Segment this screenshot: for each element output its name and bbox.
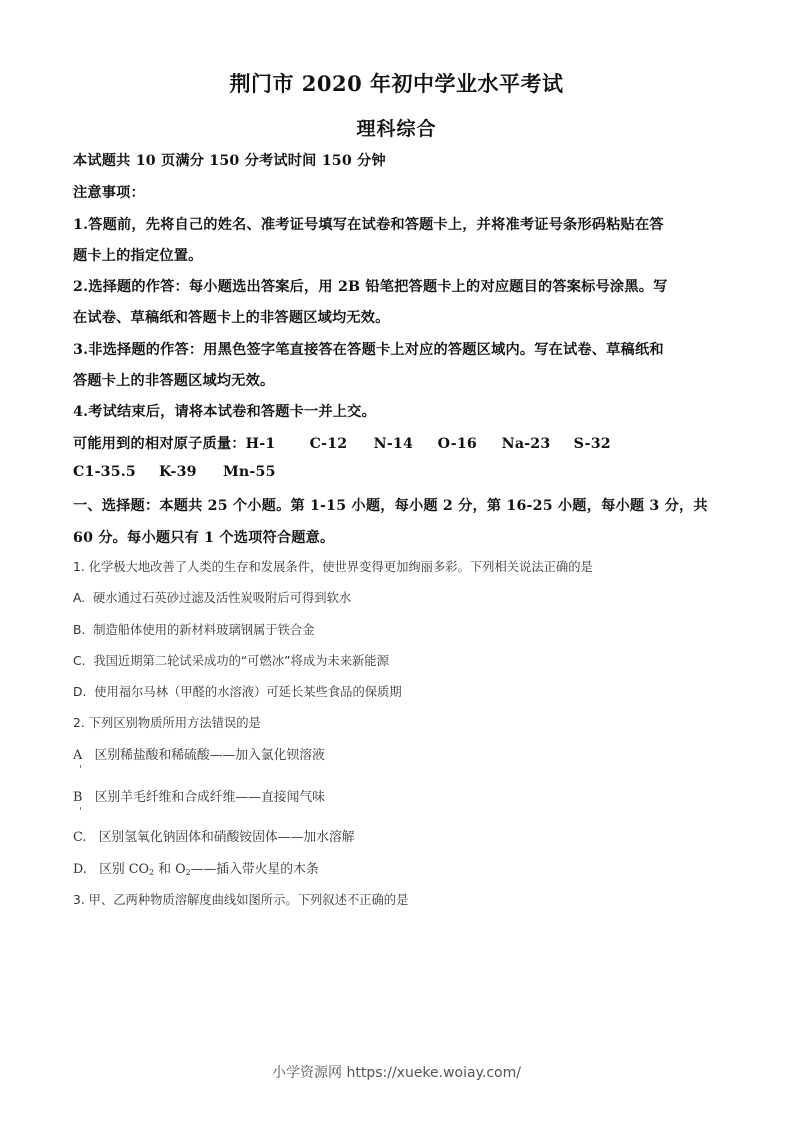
- question-1-option-b: B. 制造船体使用的新材料玻璃钢属于铁合金: [73, 620, 315, 638]
- question-1-option-a: A. 硬水通过石英砂过滤及活性炭吸附后可得到软水: [73, 588, 351, 606]
- option-label: D.: [73, 862, 87, 877]
- option-label: C.: [73, 830, 86, 845]
- question-1-stem: 1. 化学极大地改善了人类的生存和发展条件，使世界变得更加绚丽多彩。下列相关说法…: [73, 557, 593, 575]
- question-2-option-c: C. 区别氢氧化钠固体和硝酸铵固体——加水溶解: [73, 826, 355, 845]
- atomic-mass-k: K-39: [159, 464, 223, 480]
- option-label: B.: [73, 623, 85, 637]
- exam-page: 荆门市 2020 年初中学业水平考试 理科综合 本试题共 10 页满分 150 …: [0, 0, 793, 1122]
- note-3-line-1: 3.非选择题的作答：用黑色签字笔直接答在答题卡上对应的答题区域内。写在试卷、草稿…: [73, 339, 664, 359]
- option-label: C.: [73, 654, 86, 668]
- question-3-stem: 3. 甲、乙两种物质溶解度曲线如图所示。下列叙述不正确的是: [73, 890, 408, 908]
- option-text: 区别羊毛纤维和合成纤维——直接闻气味: [95, 790, 325, 805]
- atomic-mass-row-2: C1-35.5K-39Mn-55: [73, 464, 276, 480]
- atomic-mass-h: H-1: [246, 436, 310, 452]
- atomic-mass-cl: C1-35.5: [73, 464, 159, 480]
- atomic-mass-c: C-12: [310, 436, 374, 452]
- question-2-option-d: D. 区别 CO2 和 O2——插入带火星的木条: [73, 858, 319, 877]
- question-2-option-b: B 区别羊毛纤维和合成纤维——直接闻气味: [73, 786, 325, 805]
- option-label: A.: [73, 591, 85, 605]
- option-text: 硬水通过石英砂过滤及活性炭吸附后可得到软水: [93, 591, 351, 605]
- notes-heading: 注意事项：: [73, 182, 145, 202]
- watermark-footer: 小学资源网 https://xueke.woiay.com/: [0, 1062, 793, 1082]
- option-text-post: ——插入带火星的木条: [191, 862, 319, 877]
- option-label: D.: [73, 685, 86, 699]
- section-1-heading-line-1: 一、选择题：本题共 25 个小题。第 1-15 小题，每小题 2 分，第 16-…: [73, 495, 708, 515]
- option-text: 使用福尔马林（甲醛的水溶液）可延长某些食品的保质期: [94, 685, 401, 699]
- exam-info: 本试题共 10 页满分 150 分考试时间 150 分钟: [73, 150, 386, 170]
- exam-subtitle: 理科综合: [0, 114, 793, 141]
- stray-mark: [80, 807, 81, 810]
- note-2-line-1: 2.选择题的作答：每小题选出答案后，用 2B 铅笔把答题卡上的对应题目的答案标号…: [73, 276, 667, 296]
- stray-mark: [80, 765, 81, 768]
- question-1-option-d: D. 使用福尔马林（甲醛的水溶液）可延长某些食品的保质期: [73, 682, 402, 700]
- atomic-mass-s: S-32: [574, 436, 611, 452]
- atomic-mass-row-1: 可能用到的相对原子质量：H-1C-12N-14O-16Na-23S-32: [73, 433, 611, 453]
- option-text: 我国近期第二轮试采成功的“可燃冰”将成为未来新能源: [93, 654, 389, 668]
- atomic-mass-label: 可能用到的相对原子质量：: [73, 436, 246, 452]
- option-text: 制造船体使用的新材料玻璃钢属于铁合金: [93, 623, 314, 637]
- question-2-option-a: A 区别稀盐酸和稀硫酸——加入氯化钡溶液: [73, 744, 325, 763]
- note-1-line-1: 1.答题前，先将自己的姓名、准考证号填写在试卷和答题卡上，并将准考证号条形码粘贴…: [73, 214, 664, 234]
- question-1-option-c: C. 我国近期第二轮试采成功的“可燃冰”将成为未来新能源: [73, 651, 389, 669]
- exam-title: 荆门市 2020 年初中学业水平考试: [0, 68, 793, 98]
- note-1-line-2: 题卡上的指定位置。: [73, 245, 203, 265]
- atomic-mass-na: Na-23: [502, 436, 574, 452]
- question-2-stem: 2. 下列区别物质所用方法错误的是: [73, 713, 261, 731]
- note-4: 4.考试结束后，请将本试卷和答题卡一并上交。: [73, 401, 376, 421]
- option-label: B: [73, 790, 82, 805]
- atomic-mass-n: N-14: [374, 436, 438, 452]
- note-2-line-2: 在试卷、草稿纸和答题卡上的非答题区域均无效。: [73, 307, 390, 327]
- option-text-pre: 区别 CO: [99, 862, 149, 877]
- option-text-mid: 和 O: [154, 862, 185, 877]
- atomic-mass-o: O-16: [438, 436, 502, 452]
- note-3-line-2: 答题卡上的非答题区域均无效。: [73, 370, 274, 390]
- option-text: 区别氢氧化钠固体和硝酸铵固体——加水溶解: [99, 830, 355, 845]
- option-text: 区别稀盐酸和稀硫酸——加入氯化钡溶液: [94, 748, 324, 763]
- section-1-heading-line-2: 60 分。每小题只有 1 个选项符合题意。: [73, 527, 334, 547]
- option-label: A: [73, 748, 82, 763]
- atomic-mass-mn: Mn-55: [223, 464, 276, 480]
